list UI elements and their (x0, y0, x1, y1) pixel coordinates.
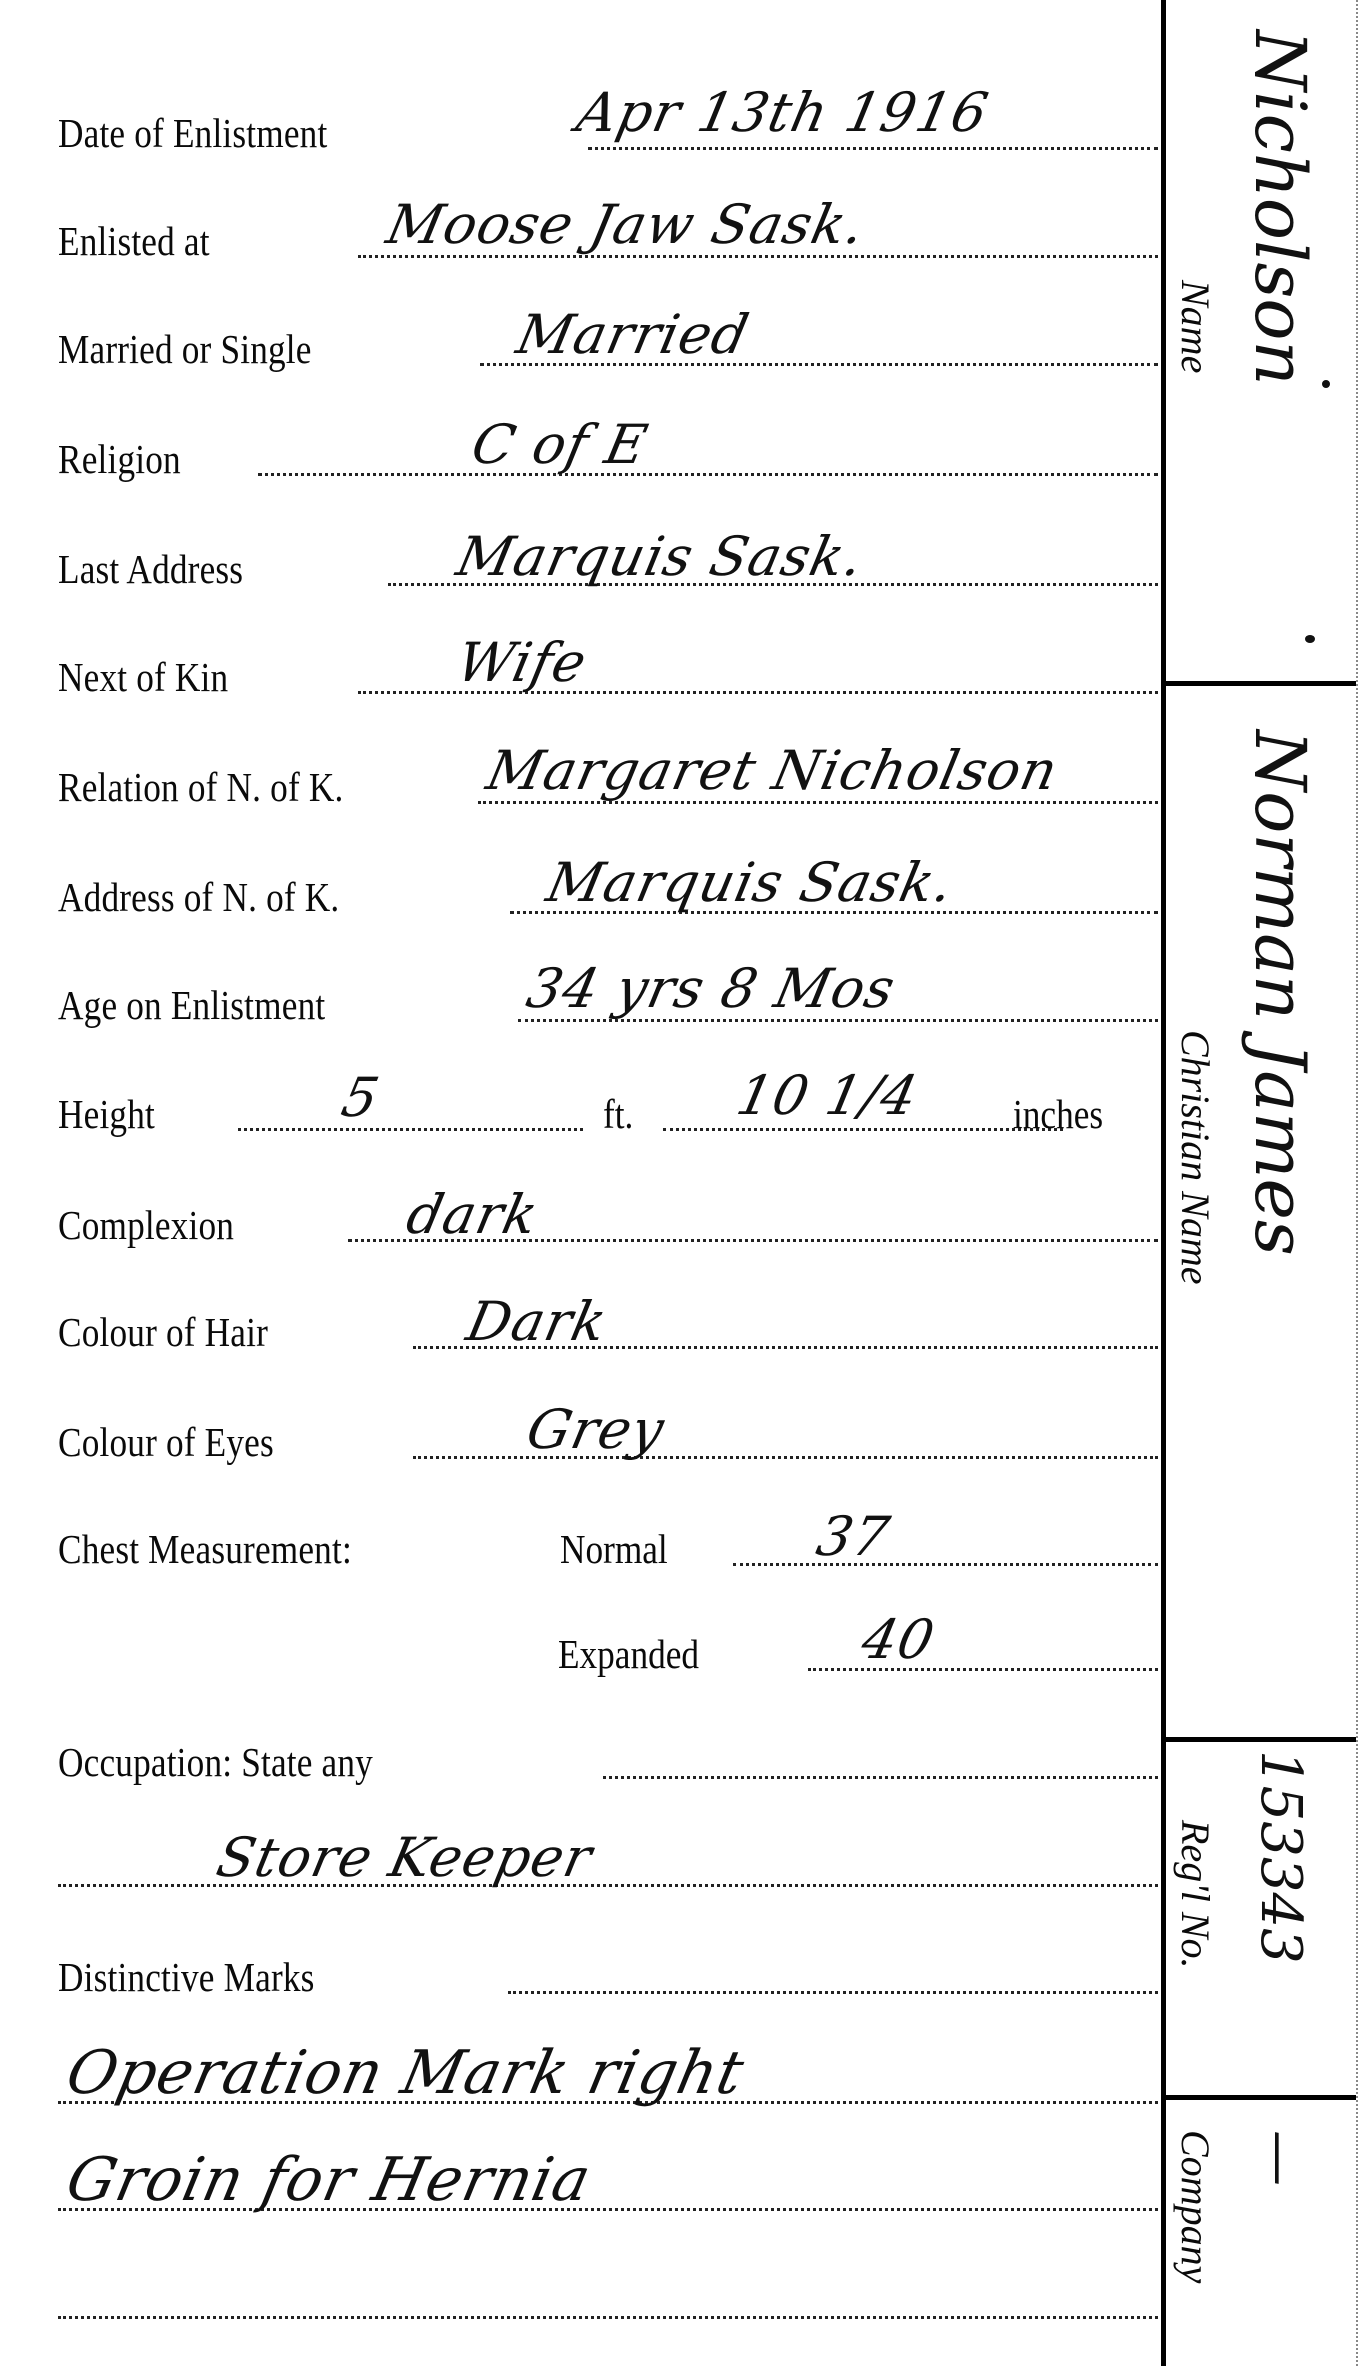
height-inches-line (663, 1128, 1063, 1131)
height-feet-unit: ft. (603, 1094, 633, 1135)
row-distinctive-marks-2: Groin for Hernia (58, 2155, 1158, 2215)
colour-of-hair-value: Dark (462, 1295, 612, 1349)
row-chest-expanded: Expanded 40 (58, 1615, 1158, 1675)
chest-measurement-label: Chest Measurement: (58, 1529, 352, 1570)
distinctive-marks-line-3 (58, 2316, 1158, 2319)
regimental-number-value: 153343 (1235, 1750, 1325, 1964)
row-religion: Religion C of E (58, 420, 1158, 480)
row-married-or-single: Married or Single Married (58, 310, 1158, 370)
religion-label: Religion (58, 439, 181, 480)
chest-expanded-value: 40 (857, 1613, 939, 1667)
row-colour-of-hair: Colour of Hair Dark (58, 1293, 1158, 1353)
religion-line (258, 473, 1158, 476)
colour-of-hair-label: Colour of Hair (58, 1312, 268, 1353)
distinctive-marks-value-1: Operation Mark right (62, 2046, 749, 2100)
complexion-value: dark (402, 1188, 543, 1242)
height-feet-value: 5 (337, 1071, 384, 1125)
chest-normal-line (733, 1563, 1158, 1566)
row-distinctive-marks-1: Operation Mark right (58, 2048, 1158, 2108)
date-of-enlistment-line (588, 147, 1158, 150)
height-label: Height (58, 1094, 155, 1135)
height-inches-unit: inches (1013, 1094, 1103, 1135)
company-label: Company (1172, 2130, 1218, 2283)
row-last-address: Last Address Marquis Sask. (58, 530, 1158, 590)
date-of-enlistment-label: Date of Enlistment (58, 113, 327, 154)
christian-name-value: Norman James (1235, 730, 1325, 1256)
row-age-on-enlistment: Age on Enlistment 34 yrs 8 Mos (58, 966, 1158, 1026)
row-date-of-enlistment: Date of Enlistment Apr 13th 1916 (58, 94, 1158, 154)
relation-of-nok-label: Relation of N. of K. (58, 767, 343, 808)
ink-dot (1305, 635, 1315, 643)
ink-dot (1322, 380, 1330, 388)
last-address-value: Marquis Sask. (452, 530, 868, 584)
height-inches-value: 10 1/4 (732, 1069, 922, 1123)
row-relation-of-nok: Relation of N. of K. Margaret Nicholson (58, 748, 1158, 808)
attestation-card: Date of Enlistment Apr 13th 1916 Enliste… (0, 0, 1370, 2366)
last-address-label: Last Address (58, 549, 243, 590)
column-divider (1161, 0, 1166, 2366)
age-on-enlistment-value: 34 yrs 8 Mos (522, 962, 900, 1016)
colour-of-eyes-value: Grey (522, 1403, 669, 1457)
address-of-nok-label: Address of N. of K. (58, 877, 339, 918)
row-occupation: Occupation: State any (58, 1723, 1158, 1783)
chest-normal-label: Normal (560, 1529, 668, 1570)
regimental-number-label: Reg'l No. (1172, 1820, 1218, 1969)
occupation-label: Occupation: State any (58, 1742, 373, 1783)
distinctive-marks-line (508, 1991, 1158, 1994)
chest-expanded-label: Expanded (558, 1634, 699, 1675)
distinctive-marks-value-2: Groin for Hernia (62, 2153, 595, 2207)
complexion-label: Complexion (58, 1205, 234, 1246)
height-feet-line (238, 1128, 583, 1131)
divider-regimental-number (1166, 2095, 1356, 2100)
row-next-of-kin: Next of Kin Wife (58, 638, 1158, 698)
next-of-kin-label: Next of Kin (58, 657, 228, 698)
enlisted-at-label: Enlisted at (58, 221, 210, 262)
enlisted-at-value: Moose Jaw Sask. (382, 198, 870, 252)
date-of-enlistment-value: Apr 13th 1916 (572, 86, 993, 140)
distinctive-marks-label: Distinctive Marks (58, 1957, 315, 1998)
chest-normal-value: 37 (812, 1510, 894, 1564)
row-enlisted-at: Enlisted at Moose Jaw Sask. (58, 202, 1158, 262)
row-complexion: Complexion dark (58, 1186, 1158, 1246)
row-height: Height 5 ft. 10 1/4 inches (58, 1075, 1158, 1135)
occupation-value: Store Keeper (212, 1831, 597, 1885)
divider-christian-name (1166, 1737, 1356, 1742)
christian-name-label: Christian Name (1172, 1030, 1218, 1284)
row-address-of-nok: Address of N. of K. Marquis Sask. (58, 858, 1158, 918)
next-of-kin-value: Wife (452, 636, 591, 690)
colour-of-eyes-label: Colour of Eyes (58, 1422, 274, 1463)
perforation-edge (1356, 0, 1358, 2366)
row-distinctive-marks-3 (58, 2263, 1158, 2323)
name-label: Name (1172, 280, 1218, 373)
married-or-single-value: Married (512, 308, 753, 362)
row-colour-of-eyes: Colour of Eyes Grey (58, 1403, 1158, 1463)
address-of-nok-value: Marquis Sask. (542, 856, 958, 910)
row-occupation-value: Store Keeper (58, 1831, 1158, 1891)
married-or-single-label: Married or Single (58, 329, 312, 370)
company-value: — (1235, 2130, 1325, 2186)
divider-name (1166, 681, 1356, 686)
row-distinctive-marks: Distinctive Marks (58, 1938, 1158, 1998)
relation-of-nok-value: Margaret Nicholson (482, 744, 1063, 798)
name-value: Nicholson (1235, 30, 1325, 386)
occupation-line (603, 1776, 1158, 1779)
row-chest-normal: Chest Measurement: Normal 37 (58, 1510, 1158, 1570)
religion-value: C of E (467, 418, 652, 472)
age-on-enlistment-label: Age on Enlistment (58, 985, 325, 1026)
